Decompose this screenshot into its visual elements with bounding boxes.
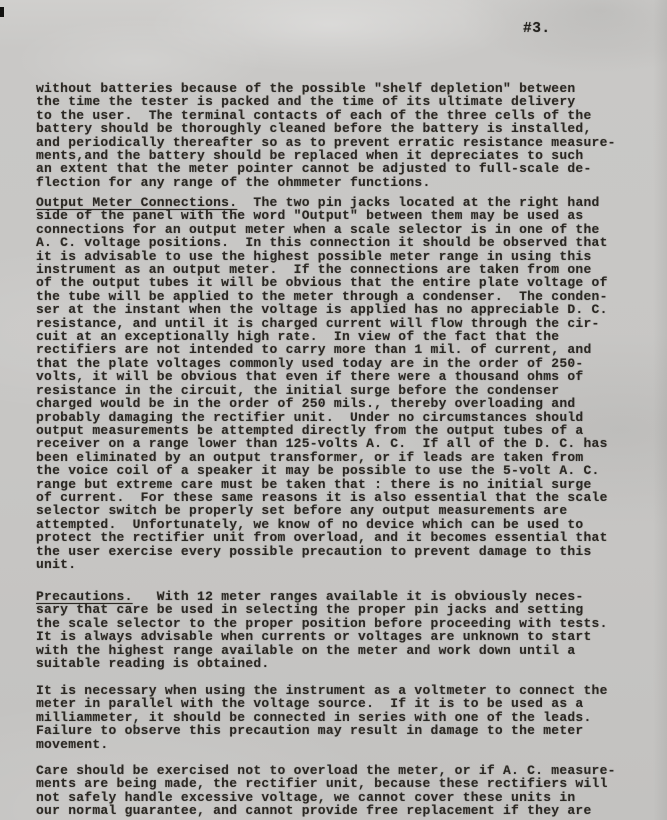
section-heading: Output Meter Connections. [36, 195, 237, 210]
scan-shadow [653, 0, 667, 820]
paragraph: Output Meter Connections. The two pin ja… [36, 196, 652, 571]
scan-edge-artifact [0, 7, 4, 17]
paragraph: It is necessary when using the instrumen… [36, 684, 652, 751]
paragraph: Care should be exercised not to overload… [36, 764, 652, 818]
page-number: #3. [523, 21, 551, 37]
paragraph: Precautions. With 12 meter ranges availa… [36, 590, 652, 670]
section-heading: Precautions. [36, 589, 133, 604]
paragraph: without batteries because of the possibl… [36, 82, 652, 189]
document-page: #3. without batteries because of the pos… [0, 0, 667, 820]
